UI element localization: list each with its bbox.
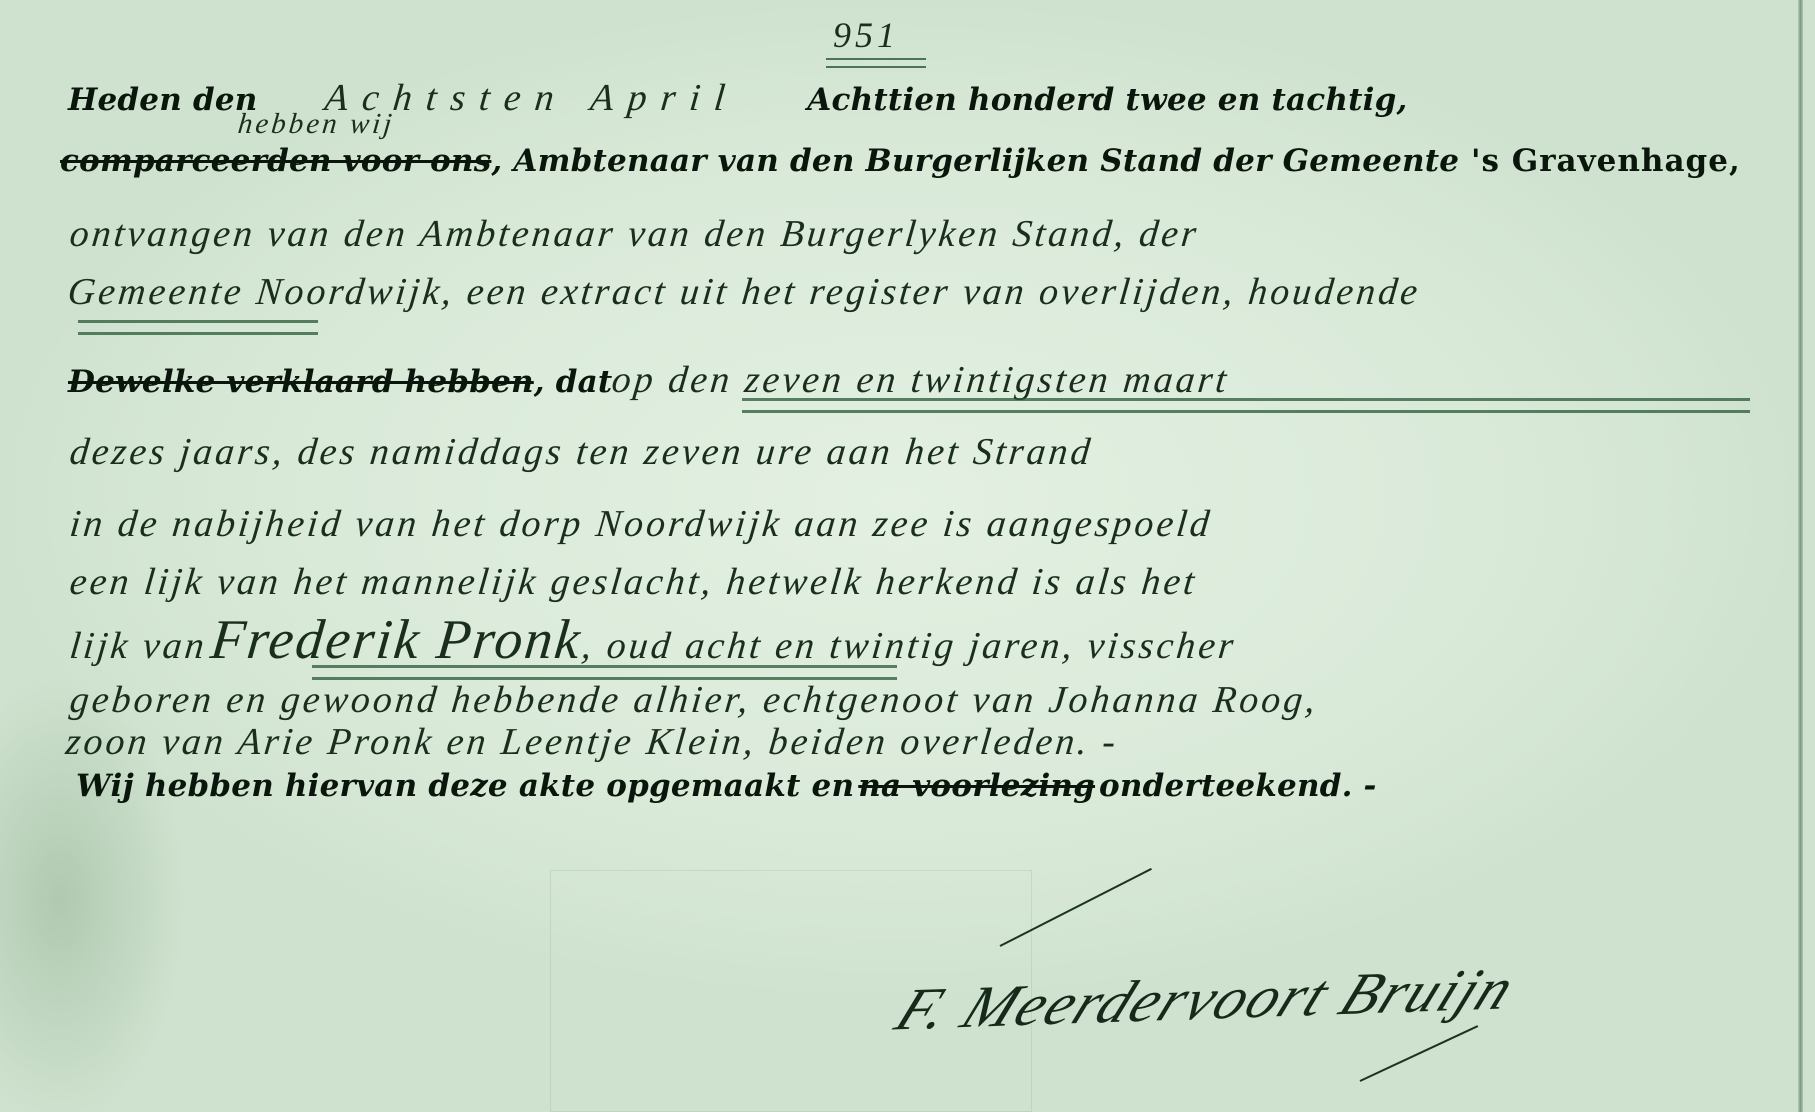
underline-date-of-death bbox=[742, 398, 1750, 413]
handwritten-age-occupation: , oud acht en twintig jaren, visscher bbox=[579, 624, 1238, 668]
printed-year: Achttien honderd twee en tachtig, bbox=[807, 82, 1407, 118]
deceased-name: Frederik Pronk bbox=[208, 608, 585, 672]
record-number: 951 bbox=[833, 14, 899, 56]
handwritten-lijk-van: lijk van bbox=[68, 624, 210, 668]
line-2: comparceerden voor ons, Ambtenaar van de… bbox=[60, 143, 1741, 179]
line-3: ontvangen van den Ambtenaar van den Burg… bbox=[68, 212, 1202, 256]
struck-dewelke-verklaard: Dewelke verklaard hebben bbox=[68, 364, 534, 400]
line-5: Dewelke verklaard hebben, dat op den zev… bbox=[68, 358, 1230, 402]
record-number-underline bbox=[826, 58, 926, 68]
line-11: zoon van Arie Pronk en Leentje Klein, be… bbox=[64, 720, 1121, 764]
inserted-hebben-wij: hebben wij bbox=[236, 108, 396, 141]
printed-heden-den: Heden den bbox=[68, 82, 257, 118]
printed-ambtenaar: , Ambtenaar van den Burgerlijken Stand d… bbox=[491, 143, 1459, 179]
line-6: dezes jaars, des namiddags ten zeven ure… bbox=[68, 430, 1095, 474]
struck-na-voorlezing: na voorlezing bbox=[858, 768, 1095, 804]
printed-dat: , dat bbox=[534, 364, 613, 400]
line-10: geboren en gewoond hebbende alhier, echt… bbox=[68, 678, 1321, 722]
handwritten-gemeente-noordwijk: Gemeente Noordwijk bbox=[66, 270, 445, 314]
printed-gravenhage: 's Gravenhage, bbox=[1459, 143, 1741, 179]
page-edge-shadow bbox=[1798, 0, 1803, 1112]
struck-comparceerden: comparceerden voor ons bbox=[60, 143, 491, 179]
registry-page: 951 Heden den Achtsten April Achttien ho… bbox=[0, 0, 1815, 1112]
line-12: Wij hebben hiervan deze akte opgemaakt e… bbox=[76, 768, 1377, 804]
line-7: in de nabijheid van het dorp Noordwijk a… bbox=[68, 502, 1215, 546]
printed-onderteekend: onderteekend. - bbox=[1099, 768, 1377, 804]
line-8: een lijk van het mannelijk geslacht, het… bbox=[68, 560, 1200, 604]
line-4: Gemeente Noordwijk, een extract uit het … bbox=[68, 270, 1421, 314]
printed-wij-hebben: Wij hebben hiervan deze akte opgemaakt e… bbox=[76, 768, 854, 804]
handwritten-extract: , een extract uit het register van overl… bbox=[440, 270, 1423, 314]
signature-flourish-bottom bbox=[1360, 1025, 1479, 1082]
underline-gemeente-noordwijk bbox=[78, 320, 318, 335]
line-9: lijk van Frederik Pronk, oud acht en twi… bbox=[70, 608, 1236, 672]
handwritten-date-of-death: op den zeven en twintigsten maart bbox=[610, 358, 1232, 402]
